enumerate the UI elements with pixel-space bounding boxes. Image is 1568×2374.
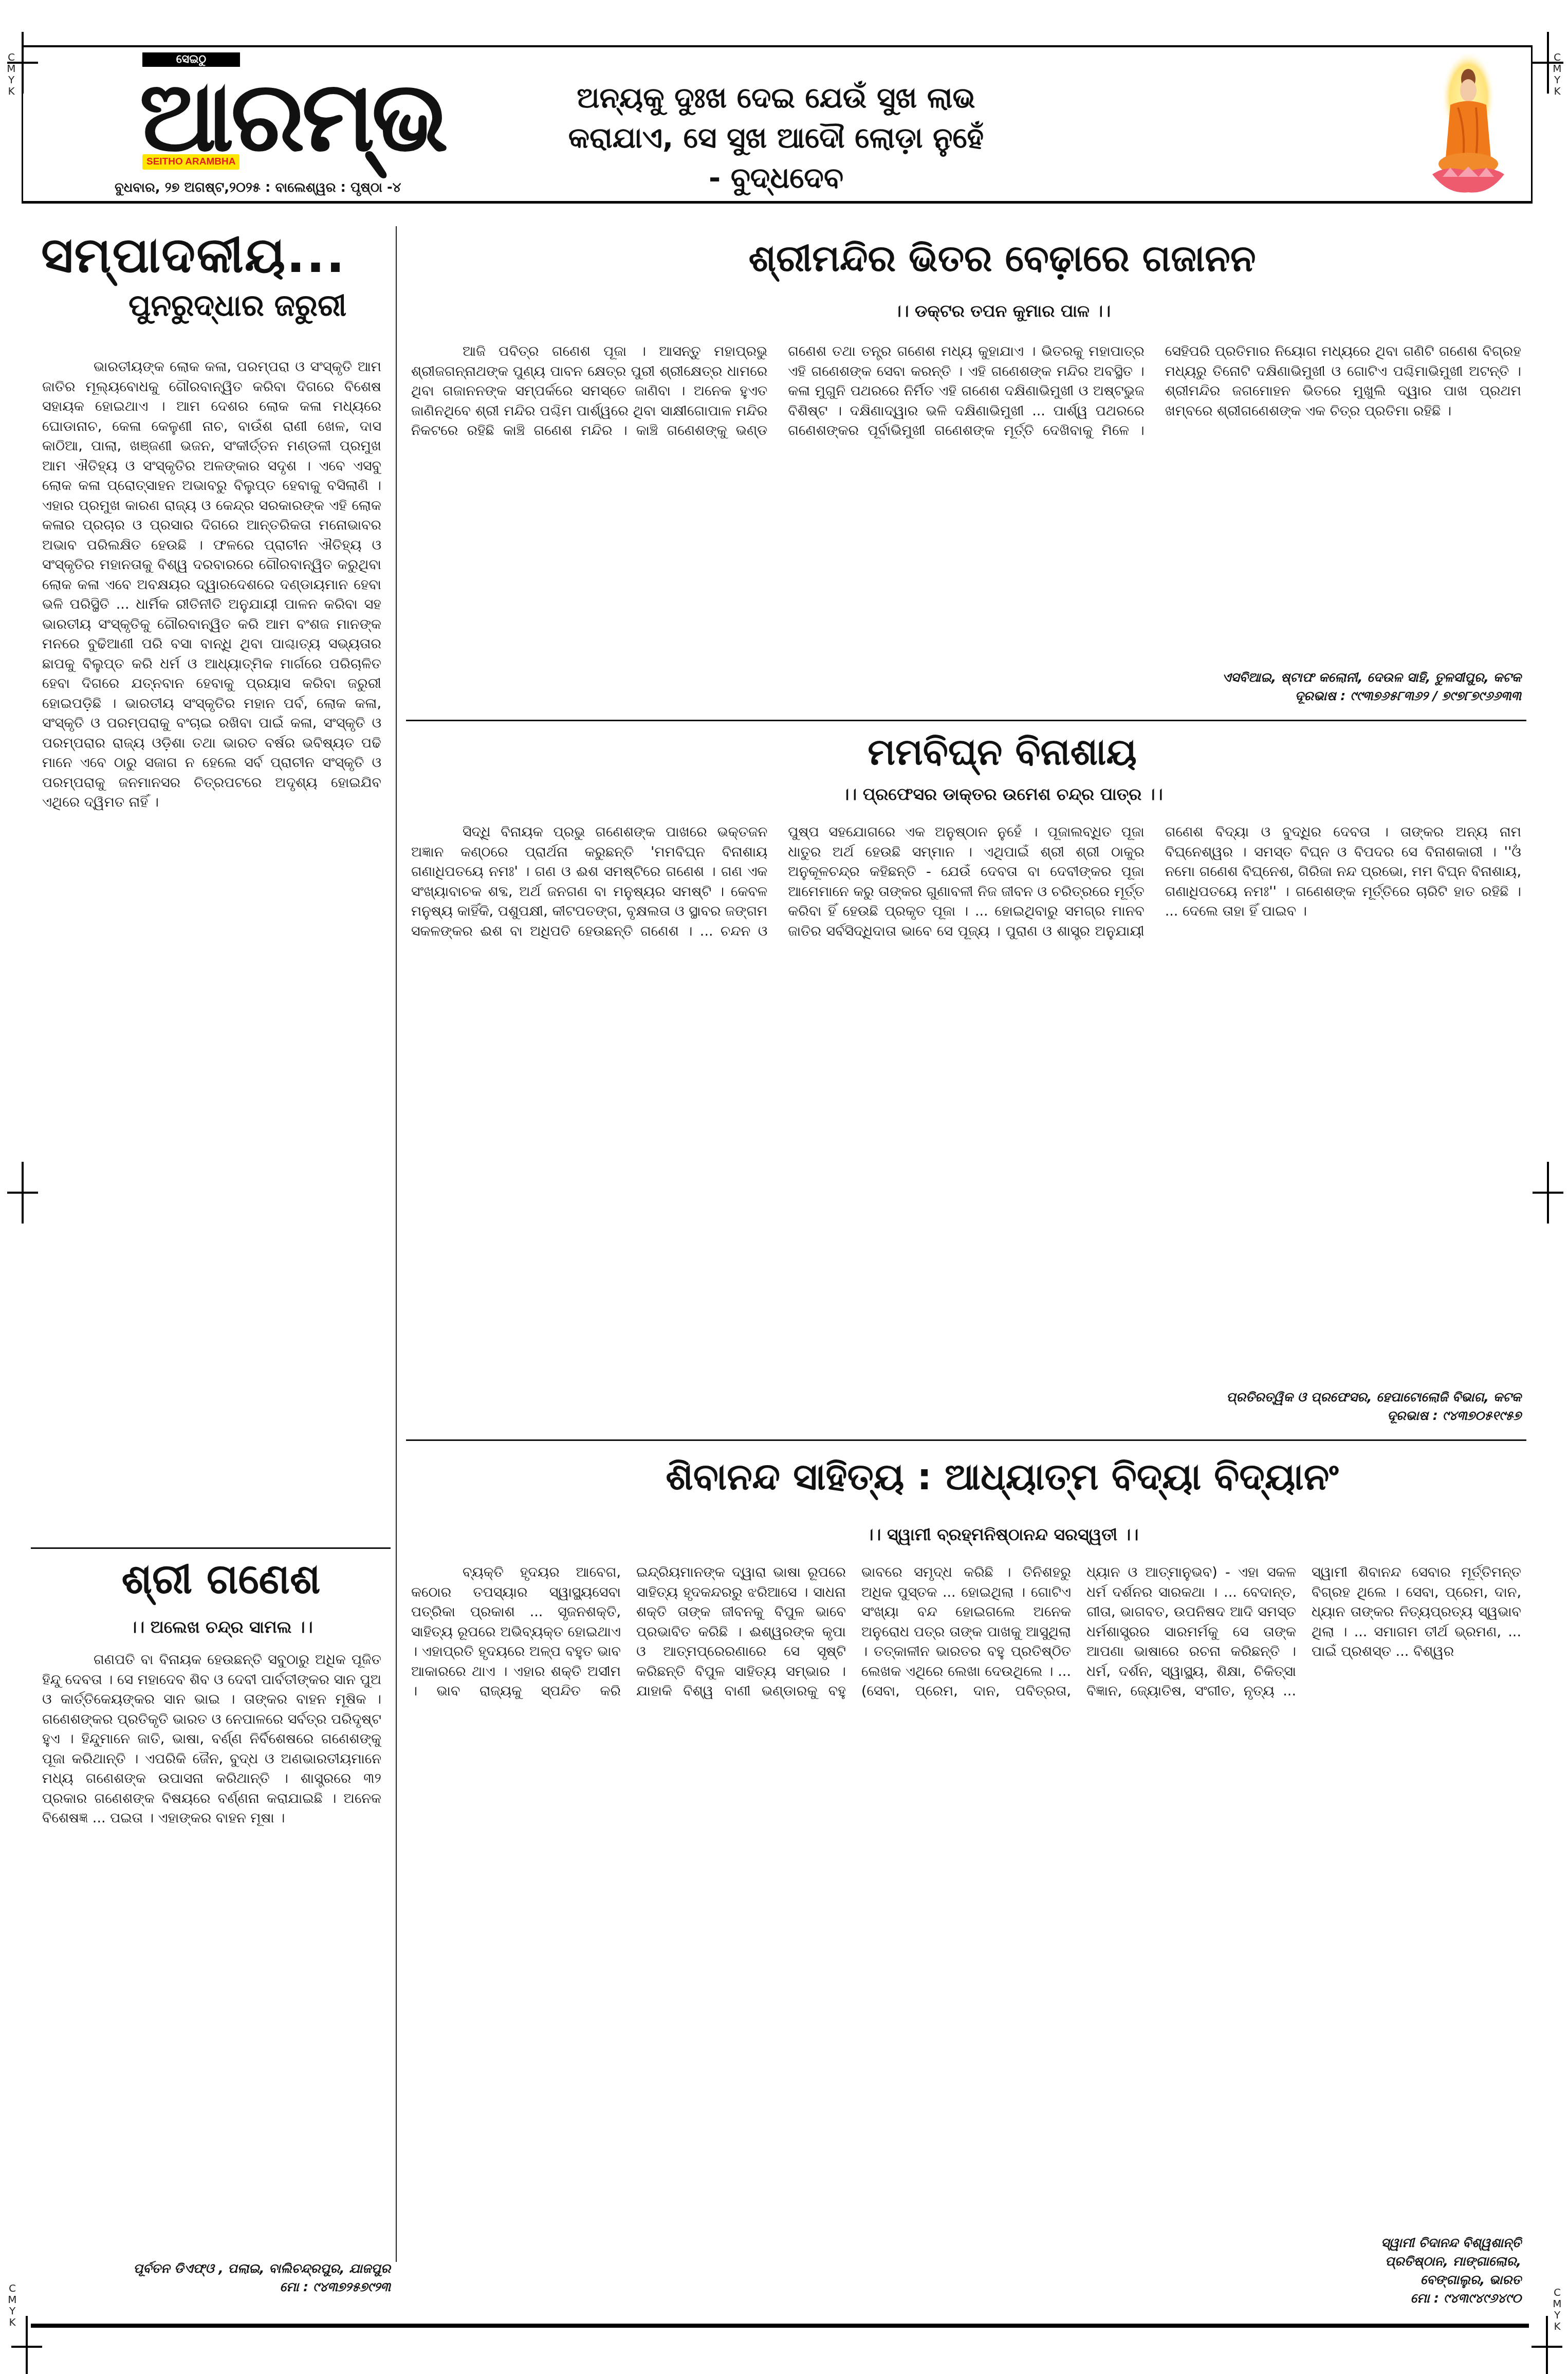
section-divider	[406, 1439, 1526, 1441]
quote-line-2: କରାଯାଏ, ସେ ସୁଖ ଆଦୌ ଲୋଡ଼ା ନୁହେଁ	[424, 118, 1128, 158]
author-designation: ପୂର୍ବତନ ଡିଏଫ୍ଓ , ପଲାଇ, ବାଲିଚନ୍ଦ୍ରପୁର, ଯା…	[31, 2259, 391, 2278]
cmyk-label-top-right: CMYK	[1552, 51, 1562, 97]
article-body-shriganesha: ଗଣପତି ବା ବିନାୟକ ହେଉଛନ୍ତି ସବୁଠାରୁ ଅଧିକ ପୂ…	[42, 1650, 381, 2252]
registration-mark-bottom-right	[1532, 2316, 1562, 2374]
registration-mark-mid-left	[7, 1162, 38, 1223]
page-bottom-rule	[31, 2324, 1529, 2328]
article-byline-mamavighna: ।। ପ୍ରଫେସର ଡାକ୍ତର ଉମେଶ ଚନ୍ଦ୍ର ପାତ୍ର ।।	[720, 784, 1285, 805]
author-organization: ପ୍ରତିଷ୍ଠାନ, ମାଙ୍ଗାଲୋର,	[1316, 2252, 1521, 2271]
author-designation: ପ୍ରତିରତ୍ୱିକ ଓ ପ୍ରଫେସର, ହେପାଟୋଲୋଜି ବିଭାଗ,…	[1131, 1388, 1521, 1407]
buddha-icon	[1427, 48, 1504, 197]
author-place: ବେଙ୍ଗାଲୁର, ଭାରତ	[1316, 2271, 1521, 2289]
author-address: ଏସବିଆଇ, ଷ୍ଟାଫ କଲୋନୀ, ଦେଉଳ ସାହି, ତୁଳସୀପୁର…	[1131, 668, 1521, 687]
article-body-gajanana: ଆଜି ପବିତ୍ର ଗଣେଶ ପୂଜା । ଆସନ୍ତୁ ମହାପ୍ରଭୁ ଶ…	[411, 342, 1521, 671]
editorial-section-title: ସମ୍ପାଦକୀୟ...	[41, 226, 346, 285]
quote-attribution: - ବୁଦ୍ଧଦେବ	[424, 158, 1128, 198]
article-byline-gajanana: ।। ଡକ୍ଟର ତପନ କୁମାର ପାଳ ।।	[668, 301, 1336, 321]
author-phone: ଦୂରଭାଷ : ୯୯୩୭୬୫୮୩୬୨ / ୭୯୭୮୭୯୬୬୩୩	[1131, 687, 1521, 705]
article-byline-shivananda: ।। ସ୍ୱାମୀ ବ୍ରହ୍ମନିଷ୍ଠାନନ୍ଦ ସରସ୍ୱତୀ ।।	[720, 1524, 1285, 1545]
article-title-shivananda: ଶିବାନନ୍ଦ ସାହିତ୍ୟ : ଆଧ୍ୟାତ୍ମ ବିଦ୍ୟା ବିଦ୍ୟ…	[514, 1455, 1490, 1499]
article-byline-shriganesha: ।। ଅଲେଖ ଚନ୍ଦ୍ର ସାମଲ ।।	[51, 1617, 391, 1637]
author-credit-shivananda: ସ୍ୱାମୀ ଚିଦାନନ୍ଦ ବିଶ୍ୱଶାନ୍ତି ପ୍ରତିଷ୍ଠାନ, …	[1316, 2234, 1521, 2308]
article-body-mamavighna: ସିଦ୍ଧି ବିନାୟକ ପ୍ରଭୁ ଗଣେଶଙ୍କ ପାଖରେ ଭକ୍ତଜନ…	[411, 823, 1521, 1378]
article-title-mamavighna: ମମବିଘ୍ନ ବିନାଶାୟ	[745, 730, 1259, 774]
article-title-gajanana: ଶ୍ରୀମନ୍ଦିର ଭିତର ବେଢ଼ାରେ ଗଜାନନ	[565, 236, 1439, 281]
editorial-body: ଭାରତୀୟଙ୍କ ଲୋକ କଳା, ପରମ୍ପରା ଓ ସଂସ୍କୃତି ଆମ…	[42, 357, 381, 1463]
article-title-shriganesha: ଶ୍ରୀ ଗଣେଶ	[51, 1555, 391, 1603]
quote-line-1: ଅନ୍ୟକୁ ଦୁଃଖ ଦେଇ ଯେଉଁ ସୁଖ ଲାଭ	[424, 78, 1128, 118]
cmyk-label-top-left: CMYK	[6, 51, 16, 97]
dateline: ବୁଧବାର, ୨୭ ଅଗଷ୍ଟ,୨୦୨୫ : ବାଲେଶ୍ୱର : ପୃଷ୍ଠ…	[115, 180, 401, 196]
author-credit-mamavighna: ପ୍ରତିରତ୍ୱିକ ଓ ପ୍ରଫେସର, ହେପାଟୋଲୋଜି ବିଭାଗ,…	[1131, 1388, 1521, 1425]
newspaper-logo: ସେଇଠୁ ଆରମ୍ଭ SEITHO ARAMBHA	[142, 52, 276, 181]
author-phone: ମୋ : ୯୪୩୯୪୯୬୪୯୦	[1316, 2289, 1521, 2308]
author-phone: ମୋ : ୯୪୩୭୨୫୭୯୨୩	[31, 2278, 391, 2296]
editorial-headline: ପୁନରୁଦ୍ଧାର ଜରୁରୀ	[128, 288, 347, 323]
section-divider	[406, 720, 1526, 721]
author-credit-shriganesha: ପୂର୍ବତନ ଡିଏଫ୍ଓ , ପଲାଇ, ବାଲିଚନ୍ଦ୍ରପୁର, ଯା…	[31, 2259, 391, 2296]
logo-english-badge: SEITHO ARAMBHA	[142, 154, 239, 170]
author-phone: ଦୂରଭାଷ : ୯୪୩୭୦୫୧୯୫୭	[1131, 1407, 1521, 1425]
column-divider	[396, 226, 397, 2262]
registration-mark-mid-right	[1533, 1162, 1563, 1223]
masthead: ସେଇଠୁ ଆରମ୍ଭ SEITHO ARAMBHA ବୁଧବାର, ୨୭ ଅଗ…	[22, 45, 1533, 204]
article-body-shivananda: ବ୍ୟକ୍ତି ହୃଦୟର ଆବେଗ, କଠୋର ତପସ୍ୟାର ସ୍ୱାସ୍ଥ…	[411, 1563, 1521, 2221]
author-name: ସ୍ୱାମୀ ଚିଦାନନ୍ଦ ବିଶ୍ୱଶାନ୍ତି	[1316, 2234, 1521, 2252]
section-divider	[31, 1547, 391, 1549]
quote-of-the-day: ଅନ୍ୟକୁ ଦୁଃଖ ଦେଇ ଯେଉଁ ସୁଖ ଲାଭ କରାଯାଏ, ସେ …	[424, 78, 1128, 198]
author-credit-gajanana: ଏସବିଆଇ, ଷ୍ଟାଫ କଲୋନୀ, ଦେଉଳ ସାହି, ତୁଳସୀପୁର…	[1131, 668, 1521, 705]
